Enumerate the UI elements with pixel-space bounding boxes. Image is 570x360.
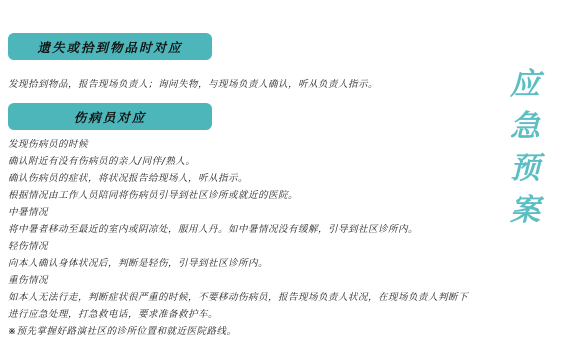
section-banner-injured-persons-label: 伤病员对应 xyxy=(74,108,147,126)
body-line: 根据情况由工作人员陪同将伤病员引导到社区诊所或就近的医院。 xyxy=(8,187,470,204)
body-subheading-serious-injury: 重伤情况 xyxy=(8,272,470,289)
body-line: 向本人确认身体状况后，判断是轻伤，引导到社区诊所内。 xyxy=(8,255,470,272)
injured-persons-instructions: 发现伤病员的时候 确认附近有没有伤病员的亲人/同伴/熟人。 确认伤病员的症状，将… xyxy=(8,136,470,340)
body-line: 确认附近有没有伤病员的亲人/同伴/熟人。 xyxy=(8,153,470,170)
section-banner-lost-found-items: 遗失或拾到物品时对应 xyxy=(8,33,212,60)
emergency-plan-page: 遗失或拾到物品时对应 发现拾到物品，报告现场负责人；询问失物，与现场负责人确认，… xyxy=(0,0,570,360)
lost-found-instruction-line: 发现拾到物品，报告现场负责人；询问失物，与现场负责人确认，听从负责人指示。 xyxy=(8,76,470,93)
body-line: 如本人无法行走，判断症状很严重的时候，不要移动伤病员，报告现场负责人状况，在现场… xyxy=(8,289,470,323)
page-title-vertical: 应 急 预 案 xyxy=(500,70,550,226)
body-subheading-minor-injury: 轻伤情况 xyxy=(8,238,470,255)
body-subheading-heatstroke: 中暑情况 xyxy=(8,204,470,221)
section-banner-injured-persons: 伤病员对应 xyxy=(8,103,212,130)
body-line: 将中暑者移动至最近的室内或阴凉处，服用人丹。如中暑情况没有缓解，引导到社区诊所内… xyxy=(8,221,470,238)
page-title-char: 预 xyxy=(510,154,540,184)
page-title-char: 急 xyxy=(510,112,540,142)
page-title-char: 应 xyxy=(510,70,540,100)
main-content: 遗失或拾到物品时对应 发现拾到物品，报告现场负责人；询问失物，与现场负责人确认，… xyxy=(8,0,470,340)
body-line: 确认伤病员的症状，将状况报告给现场人，听从指示。 xyxy=(8,170,470,187)
body-footnote: ※预先掌握好路演社区的诊所位置和就近医院路线。 xyxy=(8,323,470,340)
body-line: 发现伤病员的时候 xyxy=(8,136,470,153)
section-banner-lost-found-items-label: 遗失或拾到物品时对应 xyxy=(37,38,182,56)
page-title-char: 案 xyxy=(510,196,540,226)
